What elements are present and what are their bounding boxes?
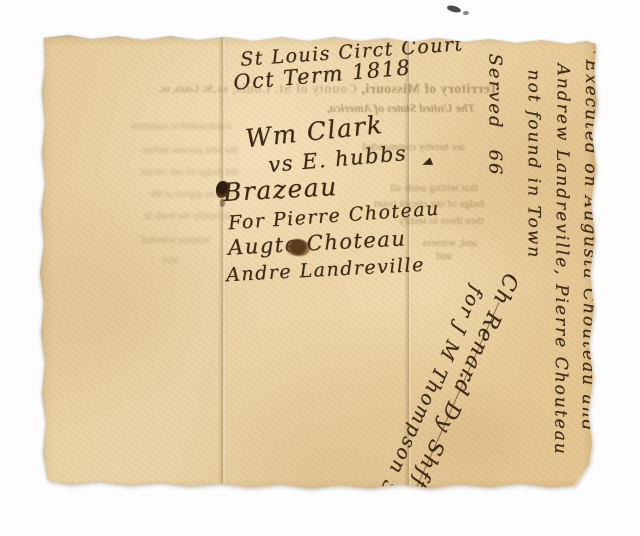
service-fee-amount: 66 xyxy=(485,149,506,176)
bleedthrough-line: commanded to summon xyxy=(92,121,232,132)
service-fee-word: Served xyxy=(485,54,506,130)
document-scan-background: Territory of Missouri, County of St. Lou… xyxy=(0,0,640,536)
bleedthrough-line: witness whereof xyxy=(100,235,210,246)
party-name: Brazeau xyxy=(222,172,338,207)
bleedthrough-line: and xyxy=(98,255,178,266)
bleedthrough-line: the said persons before xyxy=(88,145,238,156)
edge-smudge xyxy=(446,4,461,13)
fold-crease-left xyxy=(218,33,227,491)
pen-mark: + xyxy=(591,48,604,59)
ink-blot xyxy=(286,239,310,256)
edge-smudge xyxy=(463,11,469,16)
service-fee-line: Served66 xyxy=(485,54,506,177)
bleedthrough-line: the Judge of our circuit xyxy=(90,167,238,178)
service-note-line: not found in Town xyxy=(524,70,544,260)
rotated-service-note: + Executed on Augusta Chouteau and Andre… xyxy=(423,48,608,488)
bleedthrough-line: to testify the truth in xyxy=(95,211,230,222)
paper-surface: Territory of Missouri, County of St. Lou… xyxy=(40,33,598,491)
bleedthrough-line: St. Louis, ss. xyxy=(128,84,213,95)
paper-sheet: Territory of Missouri, County of St. Lou… xyxy=(40,33,598,491)
ink-dot xyxy=(460,373,463,377)
service-note-line: Executed on Augusta Chouteau and xyxy=(578,59,602,432)
service-note-line: Andrew Landreville, Pierre Chouteau xyxy=(550,63,573,455)
